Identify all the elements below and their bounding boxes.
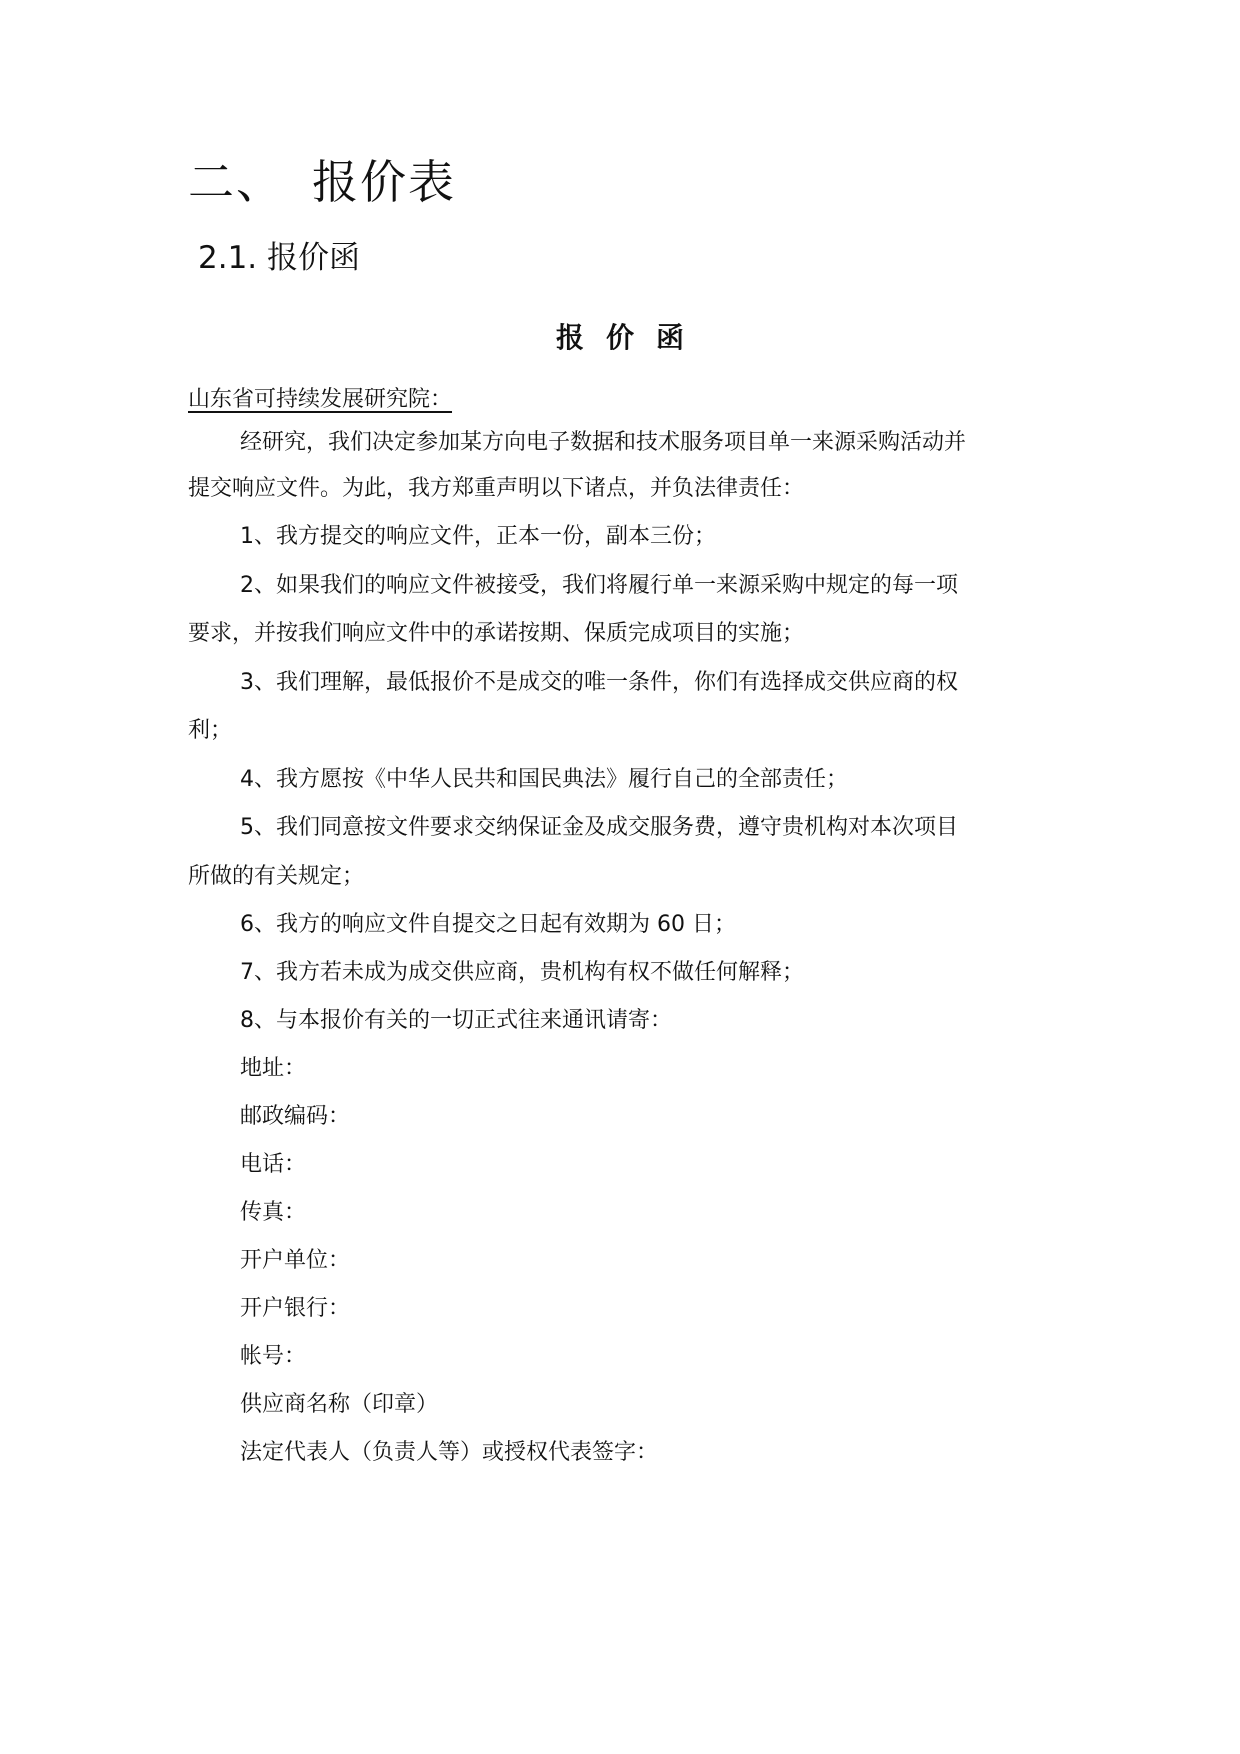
clause-4: 4、我方愿按《中华人民共和国民典法》履行自己的全部责任； [240, 765, 848, 795]
signature-label: 法定代表人（负责人等）或授权代表签字： [240, 1438, 658, 1468]
account-holder-field-label: 开户单位： [240, 1246, 350, 1276]
address-field-label: 地址： [240, 1054, 306, 1084]
postal-code-field-label: 邮政编码： [240, 1102, 350, 1132]
intro-line-1: 经研究，我们决定参加某方向电子数据和技术服务项目单一来源采购活动并 [240, 428, 966, 458]
clause-3-line-1: 3、我们理解，最低报价不是成交的唯一条件，你们有选择成交供应商的权 [240, 668, 958, 698]
section-title: 报价表 [312, 155, 456, 209]
account-number-field-label: 帐号： [240, 1342, 306, 1372]
clause-5-line-2: 所做的有关规定； [188, 862, 364, 892]
section-heading: 二、报价表 [188, 152, 456, 212]
intro-line-2: 提交响应文件。为此，我方郑重声明以下诸点，并负法律责任： [188, 474, 804, 504]
clause-7: 7、我方若未成为成交供应商，贵机构有权不做任何解释； [240, 958, 804, 988]
bank-field-label: 开户银行： [240, 1294, 350, 1324]
addressee: 山东省可持续发展研究院： [188, 385, 462, 415]
section-number: 二、 [188, 155, 284, 209]
subsection-heading: 2.1. 报价函 [198, 238, 360, 278]
clause-2-line-1: 2、如果我们的响应文件被接受，我们将履行单一来源采购中规定的每一项 [240, 571, 958, 601]
addressee-text: 山东省可持续发展研究院： [188, 387, 452, 412]
clause-1: 1、我方提交的响应文件，正本一份，副本三份； [240, 522, 716, 552]
letter-title: 报价函 [0, 318, 1240, 358]
clause-3-line-2: 利； [188, 716, 232, 746]
clause-5-line-1: 5、我们同意按文件要求交纳保证金及成交服务费，遵守贵机构对本次项目 [240, 813, 958, 843]
fax-field-label: 传真： [240, 1198, 306, 1228]
document-page: 二、报价表 2.1. 报价函 报价函 山东省可持续发展研究院： 经研究，我们决定… [0, 0, 1240, 1754]
clause-6: 6、我方的响应文件自提交之日起有效期为 60 日； [240, 910, 736, 940]
phone-field-label: 电话： [240, 1150, 306, 1180]
supplier-name-seal-label: 供应商名称（印章） [240, 1390, 438, 1420]
clause-8: 8、与本报价有关的一切正式往来通讯请寄： [240, 1006, 672, 1036]
clause-2-line-2: 要求，并按我们响应文件中的承诺按期、保质完成项目的实施； [188, 619, 804, 649]
